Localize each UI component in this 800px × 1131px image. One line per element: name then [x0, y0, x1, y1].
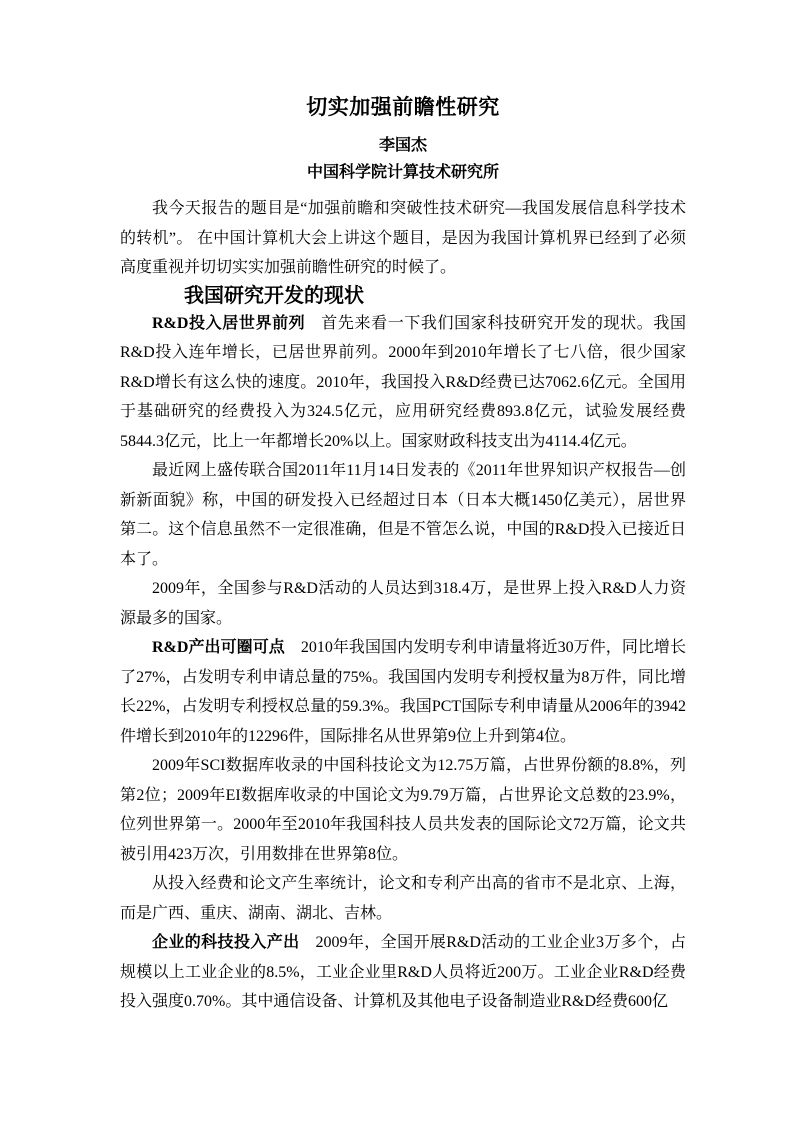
- body-paragraph: 最近网上盛传联合国2011年11月14日发表的《2011年世界知识产权报告—创新…: [120, 456, 686, 574]
- body-paragraph: 企业的科技投入产出2009年，全国开展R&D活动的工业企业3万多个，占规模以上工…: [120, 928, 686, 1017]
- document-body: 我今天报告的题目是“加强前瞻和突破性技术研究—我国发展信息科学技术的转机”。 在…: [120, 194, 686, 1017]
- body-paragraph: 2009年，全国参与R&D活动的人员达到318.4万，是世界上投入R&D人力资源…: [120, 574, 686, 633]
- paragraph-lead: 企业的科技投入产出: [152, 934, 300, 951]
- document-author: 李国杰: [120, 132, 686, 159]
- document-page: 切实加强前瞻性研究 李国杰 中国科学院计算技术研究所 我今天报告的题目是“加强前…: [0, 0, 800, 1131]
- paragraph-lead: R&D投入居世界前列: [152, 315, 305, 332]
- document-title: 切实加强前瞻性研究: [120, 90, 686, 126]
- body-paragraph: 从投入经费和论文产生率统计，论文和专利产出高的省市不是北京、上海，而是广西、重庆…: [120, 869, 686, 928]
- paragraph-lead: R&D产出可圈可点: [152, 639, 285, 656]
- body-paragraph: R&D投入居世界前列首先来看一下我们国家科技研究开发的现状。我国R&D投入连年增…: [120, 309, 686, 457]
- body-paragraph: R&D产出可圈可点2010年我国国内发明专利申请量将近30万件，同比增长了27%…: [120, 633, 686, 751]
- document-affiliation: 中国科学院计算技术研究所: [120, 159, 686, 186]
- section-heading: 我国研究开发的现状: [120, 283, 686, 309]
- body-paragraph: 我今天报告的题目是“加强前瞻和突破性技术研究—我国发展信息科学技术的转机”。 在…: [120, 194, 686, 283]
- body-paragraph: 2009年SCI数据库收录的中国科技论文为12.75万篇，占世界份额的8.8%，…: [120, 751, 686, 869]
